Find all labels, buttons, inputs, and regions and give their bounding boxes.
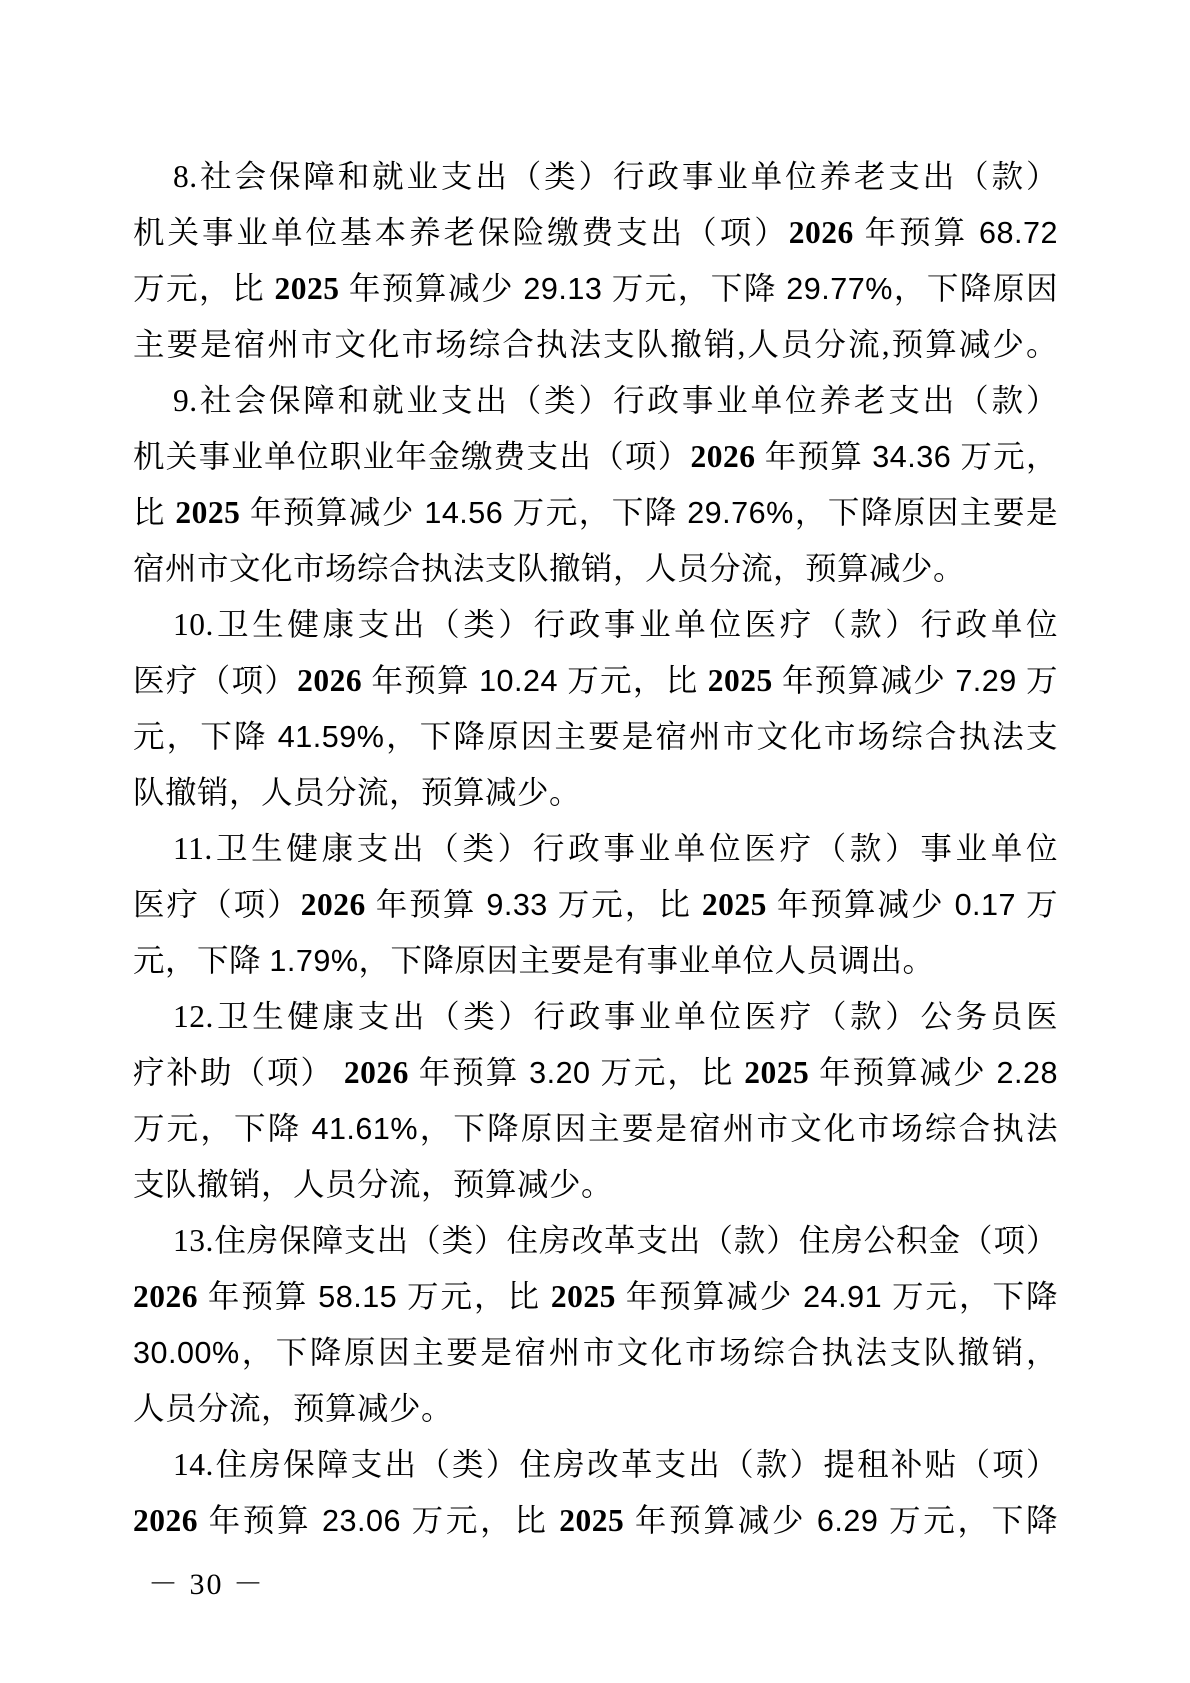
page-number: － 30 － [148, 1563, 265, 1607]
paragraph-item-10: 10.卫生健康支出（类）行政事业单位医疗（款）行政单位 医疗（项）2026 年预… [133, 597, 1058, 821]
text-line: 14.住房保障支出（类）住房改革支出（款）提租补贴（项） [133, 1437, 1058, 1493]
text-line: 13.住房保障支出（类）住房改革支出（款）住房公积金（项） [133, 1213, 1058, 1269]
text-line: 疗补助（项） 2026 年预算 3.20 万元，比 2025 年预算减少 2.2… [133, 1045, 1058, 1101]
document-body: 8.社会保障和就业支出（类）行政事业单位养老支出（款） 机关事业单位基本养老保险… [133, 149, 1058, 1549]
text-line: 比 2025 年预算减少 14.56 万元，下降 29.76%，下降原因主要是 [133, 485, 1058, 541]
text-line: 万元，下降 41.61%，下降原因主要是宿州市文化市场综合执法 [133, 1101, 1058, 1157]
text-line: 宿州市文化市场综合执法支队撤销，人员分流，预算减少。 [133, 541, 1058, 597]
text-line: 2026 年预算 23.06 万元，比 2025 年预算减少 6.29 万元，下… [133, 1493, 1058, 1549]
paragraph-item-11: 11.卫生健康支出（类）行政事业单位医疗（款）事业单位 医疗（项）2026 年预… [133, 821, 1058, 989]
text-line: 医疗（项）2026 年预算 10.24 万元，比 2025 年预算减少 7.29… [133, 653, 1058, 709]
paragraph-item-9: 9.社会保障和就业支出（类）行政事业单位养老支出（款） 机关事业单位职业年金缴费… [133, 373, 1058, 597]
text-line: 机关事业单位基本养老保险缴费支出（项）2026 年预算 68.72 [133, 205, 1058, 261]
paragraph-item-13: 13.住房保障支出（类）住房改革支出（款）住房公积金（项） 2026 年预算 5… [133, 1213, 1058, 1437]
text-line: 10.卫生健康支出（类）行政事业单位医疗（款）行政单位 [133, 597, 1058, 653]
text-line: 11.卫生健康支出（类）行政事业单位医疗（款）事业单位 [133, 821, 1058, 877]
text-line: 元，下降 41.59%，下降原因主要是宿州市文化市场综合执法支 [133, 709, 1058, 765]
text-line: 12.卫生健康支出（类）行政事业单位医疗（款）公务员医 [133, 989, 1058, 1045]
text-line: 人员分流，预算减少。 [133, 1381, 1058, 1437]
text-line: 机关事业单位职业年金缴费支出（项）2026 年预算 34.36 万元， [133, 429, 1058, 485]
paragraph-item-8: 8.社会保障和就业支出（类）行政事业单位养老支出（款） 机关事业单位基本养老保险… [133, 149, 1058, 373]
text-line: 队撤销，人员分流，预算减少。 [133, 765, 1058, 821]
text-line: 8.社会保障和就业支出（类）行政事业单位养老支出（款） [133, 149, 1058, 205]
text-line: 支队撤销，人员分流，预算减少。 [133, 1157, 1058, 1213]
text-line: 主要是宿州市文化市场综合执法支队撤销,人员分流,预算减少。 [133, 317, 1058, 373]
text-line: 2026 年预算 58.15 万元，比 2025 年预算减少 24.91 万元，… [133, 1269, 1058, 1325]
text-line: 30.00%，下降原因主要是宿州市文化市场综合执法支队撤销， [133, 1325, 1058, 1381]
text-line: 医疗（项）2026 年预算 9.33 万元，比 2025 年预算减少 0.17 … [133, 877, 1058, 933]
text-line: 9.社会保障和就业支出（类）行政事业单位养老支出（款） [133, 373, 1058, 429]
paragraph-item-12: 12.卫生健康支出（类）行政事业单位医疗（款）公务员医 疗补助（项） 2026 … [133, 989, 1058, 1213]
text-line: 元，下降 1.79%，下降原因主要是有事业单位人员调出。 [133, 933, 1058, 989]
paragraph-item-14: 14.住房保障支出（类）住房改革支出（款）提租补贴（项） 2026 年预算 23… [133, 1437, 1058, 1549]
text-line: 万元，比 2025 年预算减少 29.13 万元，下降 29.77%，下降原因 [133, 261, 1058, 317]
document-page: 8.社会保障和就业支出（类）行政事业单位养老支出（款） 机关事业单位基本养老保险… [0, 0, 1190, 1683]
